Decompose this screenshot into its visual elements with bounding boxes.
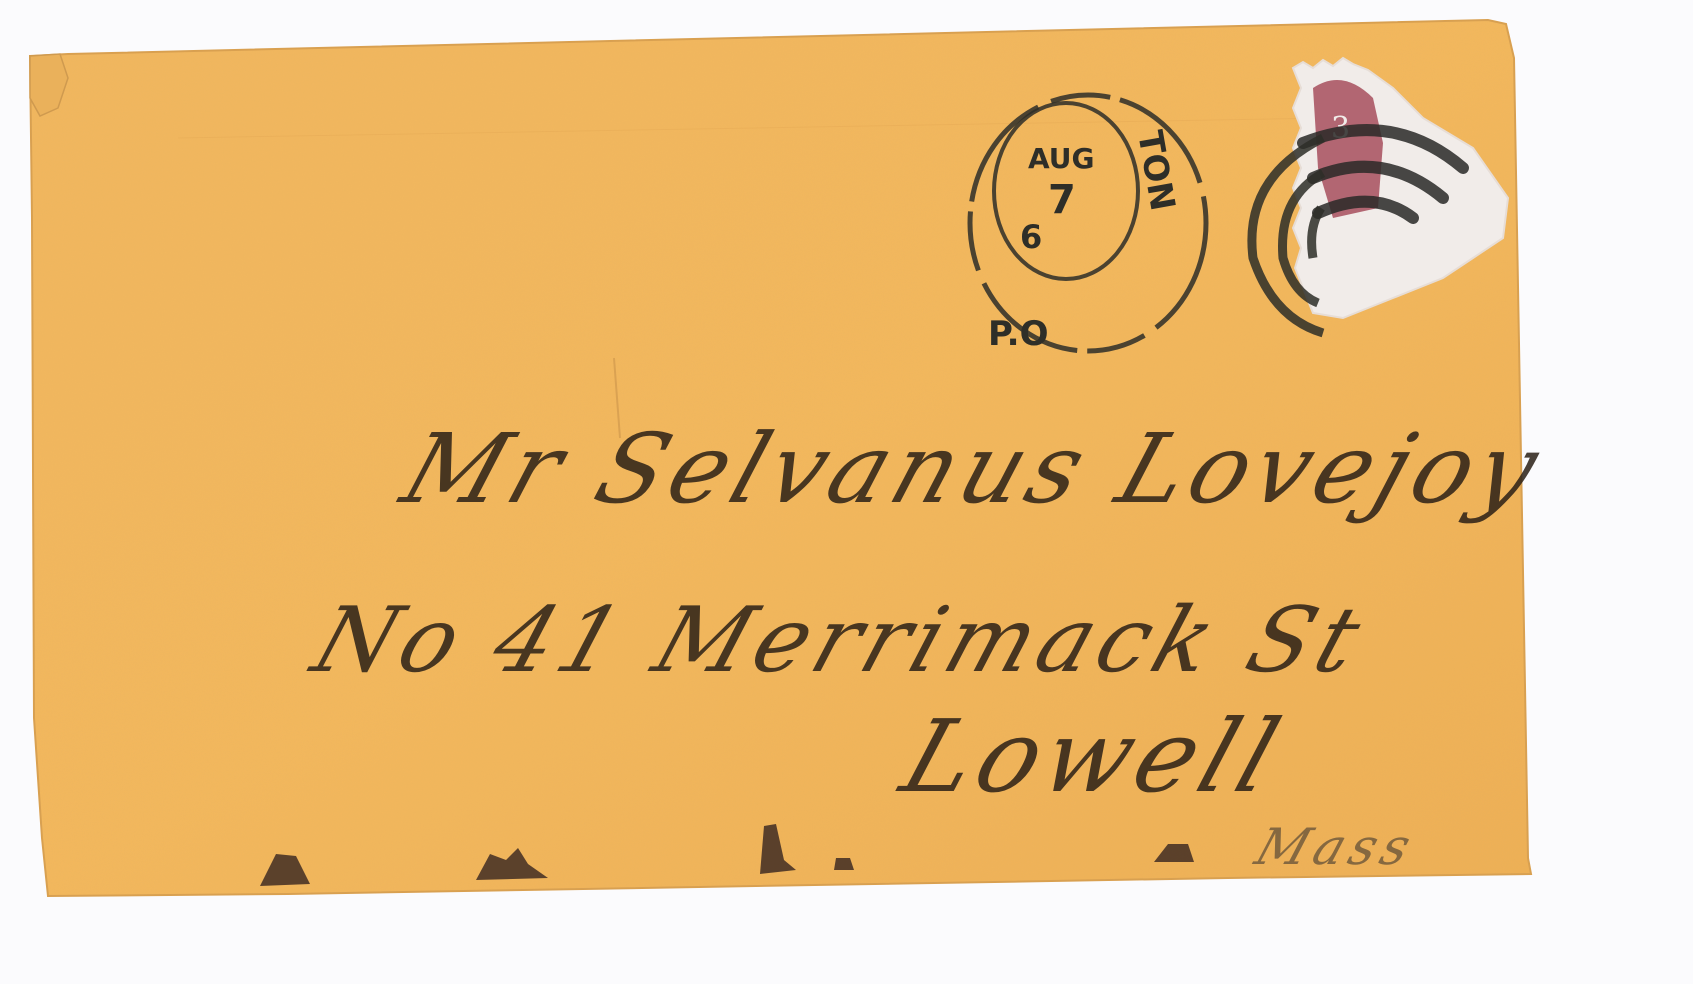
address-line-1: Mr Selvanus Lovejoy [390,413,1558,525]
address-line-2: No 41 Merrimack St [301,588,1378,693]
postmark-year: 6 [1020,218,1042,256]
address-line-4: Mass [1249,818,1424,876]
postmark-month: AUG [1028,142,1095,175]
target-cancel [1243,118,1373,348]
envelope: TON AUG 7 6 P.O 3 Mr Selvanus Lovejoy No… [28,18,1534,898]
address-line-3: Lowell [889,698,1298,815]
postmark-cds: TON AUG 7 6 P.O [948,73,1228,373]
postmark-day: 7 [1048,177,1076,223]
postmark-office: P.O [988,314,1049,354]
